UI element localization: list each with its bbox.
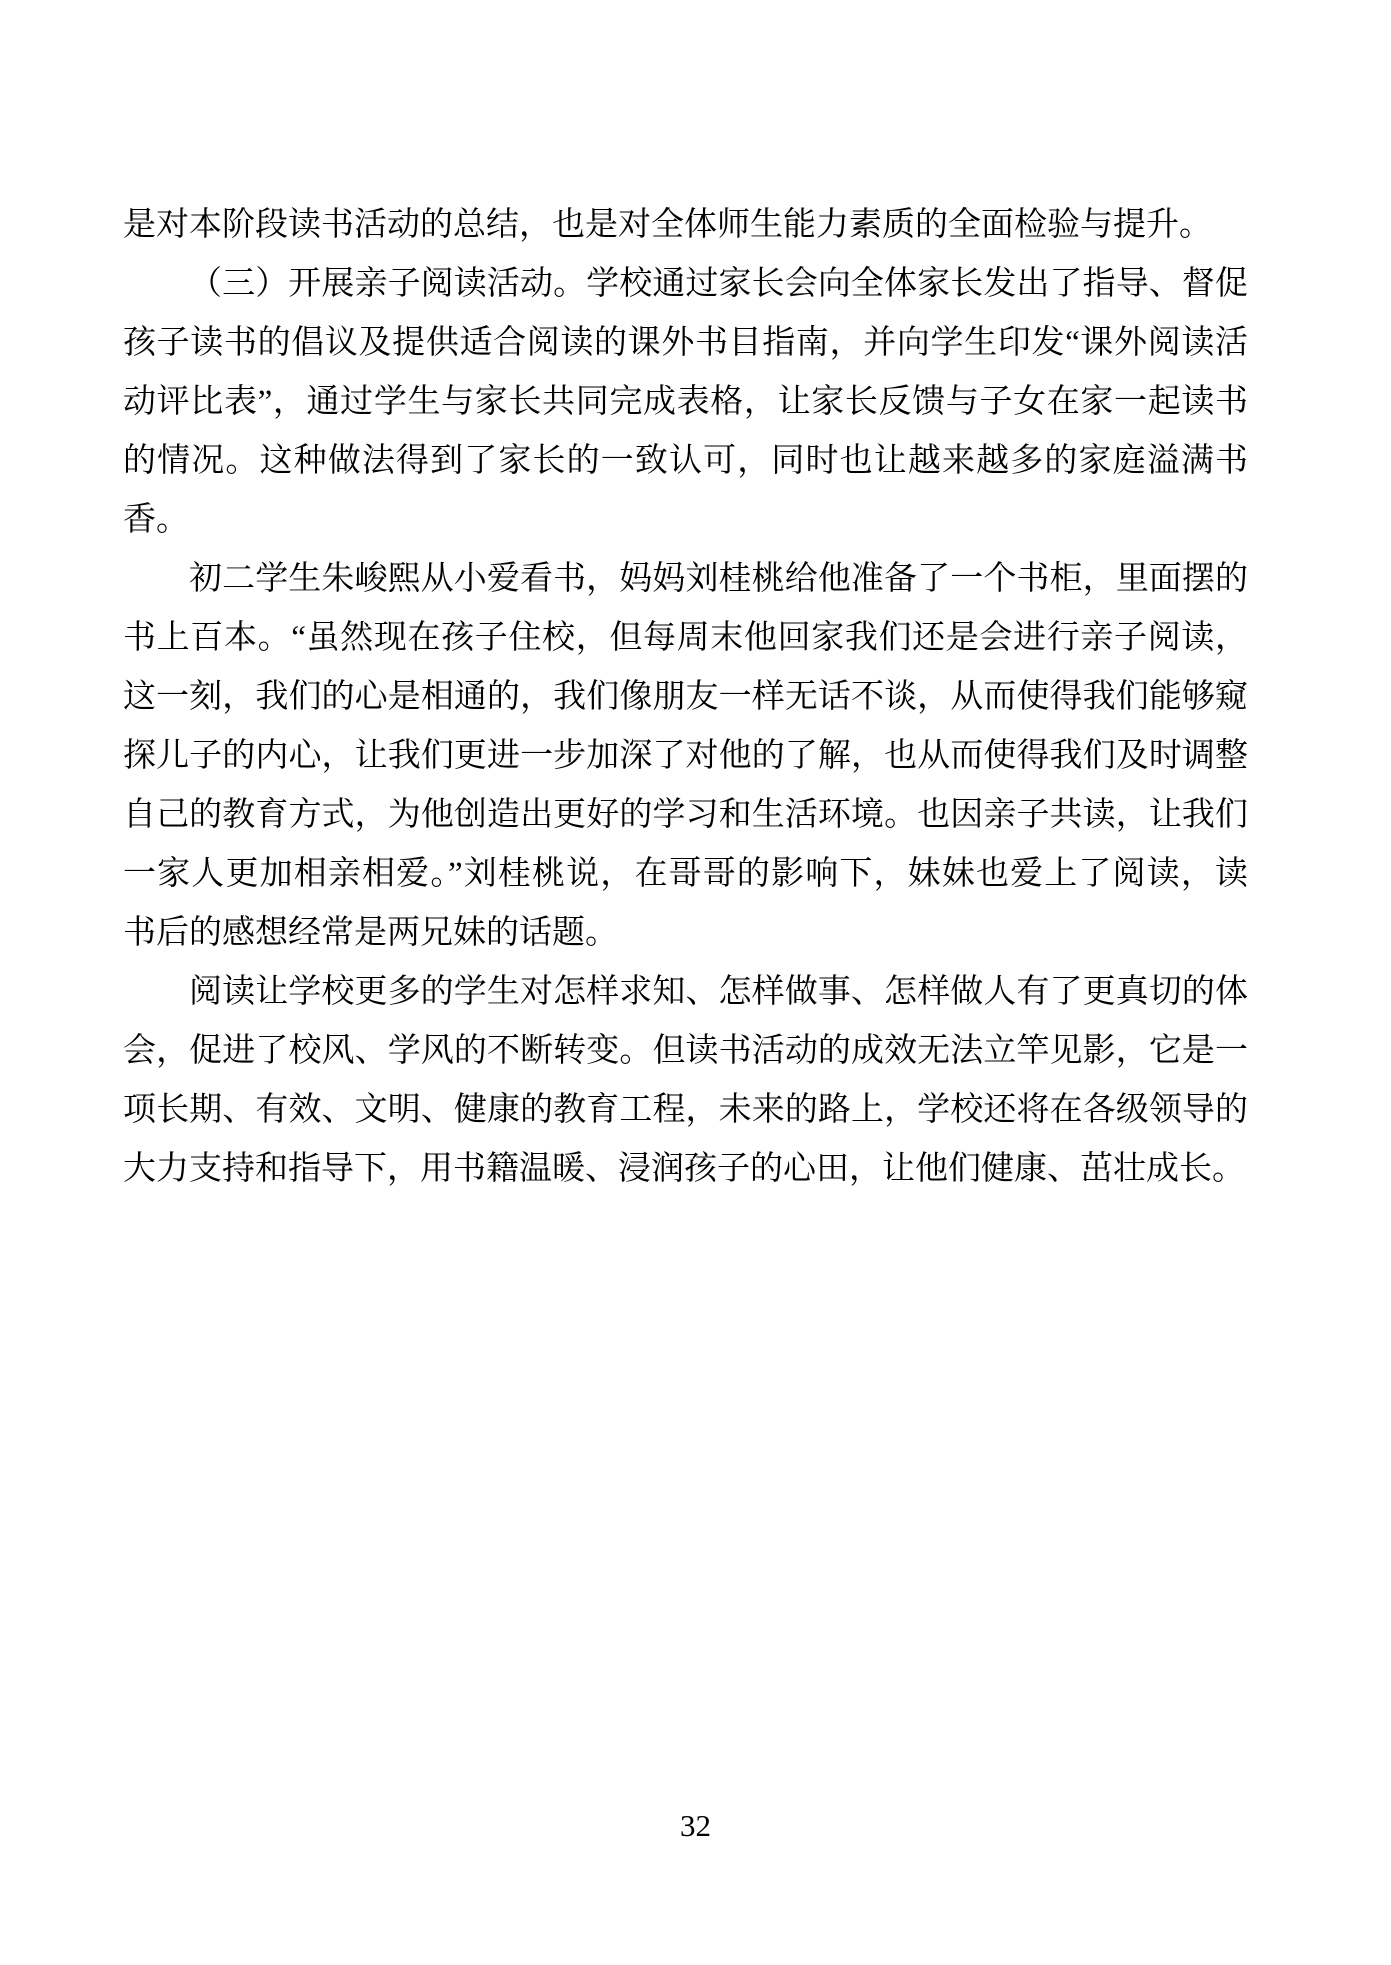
text-line: 动评比表”，通过学生与家长共同完成表格，让家长反馈与子女在家一起读书: [123, 373, 1248, 432]
text-line: 项长期、有效、文明、健康的教育工程，未来的路上，学校还将在各级领导的: [123, 1081, 1248, 1140]
text-line: 香。: [123, 491, 1248, 550]
text-line: （三）开展亲子阅读活动。学校通过家长会向全体家长发出了指导、督促: [123, 255, 1248, 314]
text-line: 书后的感想经常是两兄妹的话题。: [123, 904, 1248, 963]
text-line: 是对本阶段读书活动的总结，也是对全体师生能力素质的全面检验与提升。: [123, 196, 1248, 255]
text-line: 初二学生朱峻熙从小爱看书，妈妈刘桂桃给他准备了一个书柜，里面摆的: [123, 550, 1248, 609]
page-number: 32: [0, 1806, 1391, 1846]
text-line: 书上百本。“虽然现在孩子住校，但每周末他回家我们还是会进行亲子阅读，: [123, 609, 1248, 668]
text-line: 孩子读书的倡议及提供适合阅读的课外书目指南，并向学生印发“课外阅读活: [123, 314, 1248, 373]
document-page: 是对本阶段读书活动的总结，也是对全体师生能力素质的全面检验与提升。 （三）开展亲…: [0, 0, 1391, 1965]
body-text: 是对本阶段读书活动的总结，也是对全体师生能力素质的全面检验与提升。 （三）开展亲…: [123, 196, 1248, 1199]
text-line: 会，促进了校风、学风的不断转变。但读书活动的成效无法立竿见影，它是一: [123, 1022, 1248, 1081]
text-line: 这一刻，我们的心是相通的，我们像朋友一样无话不谈，从而使得我们能够窥: [123, 668, 1248, 727]
text-line: 阅读让学校更多的学生对怎样求知、怎样做事、怎样做人有了更真切的体: [123, 963, 1248, 1022]
text-line: 探儿子的内心，让我们更进一步加深了对他的了解，也从而使得我们及时调整: [123, 727, 1248, 786]
text-line: 自己的教育方式，为他创造出更好的学习和生活环境。也因亲子共读，让我们: [123, 786, 1248, 845]
text-line: 的情况。这种做法得到了家长的一致认可，同时也让越来越多的家庭溢满书: [123, 432, 1248, 491]
text-line: 一家人更加相亲相爱。”刘桂桃说，在哥哥的影响下，妹妹也爱上了阅读，读: [123, 845, 1248, 904]
text-line: 大力支持和指导下，用书籍温暖、浸润孩子的心田，让他们健康、茁壮成长。: [123, 1140, 1248, 1199]
